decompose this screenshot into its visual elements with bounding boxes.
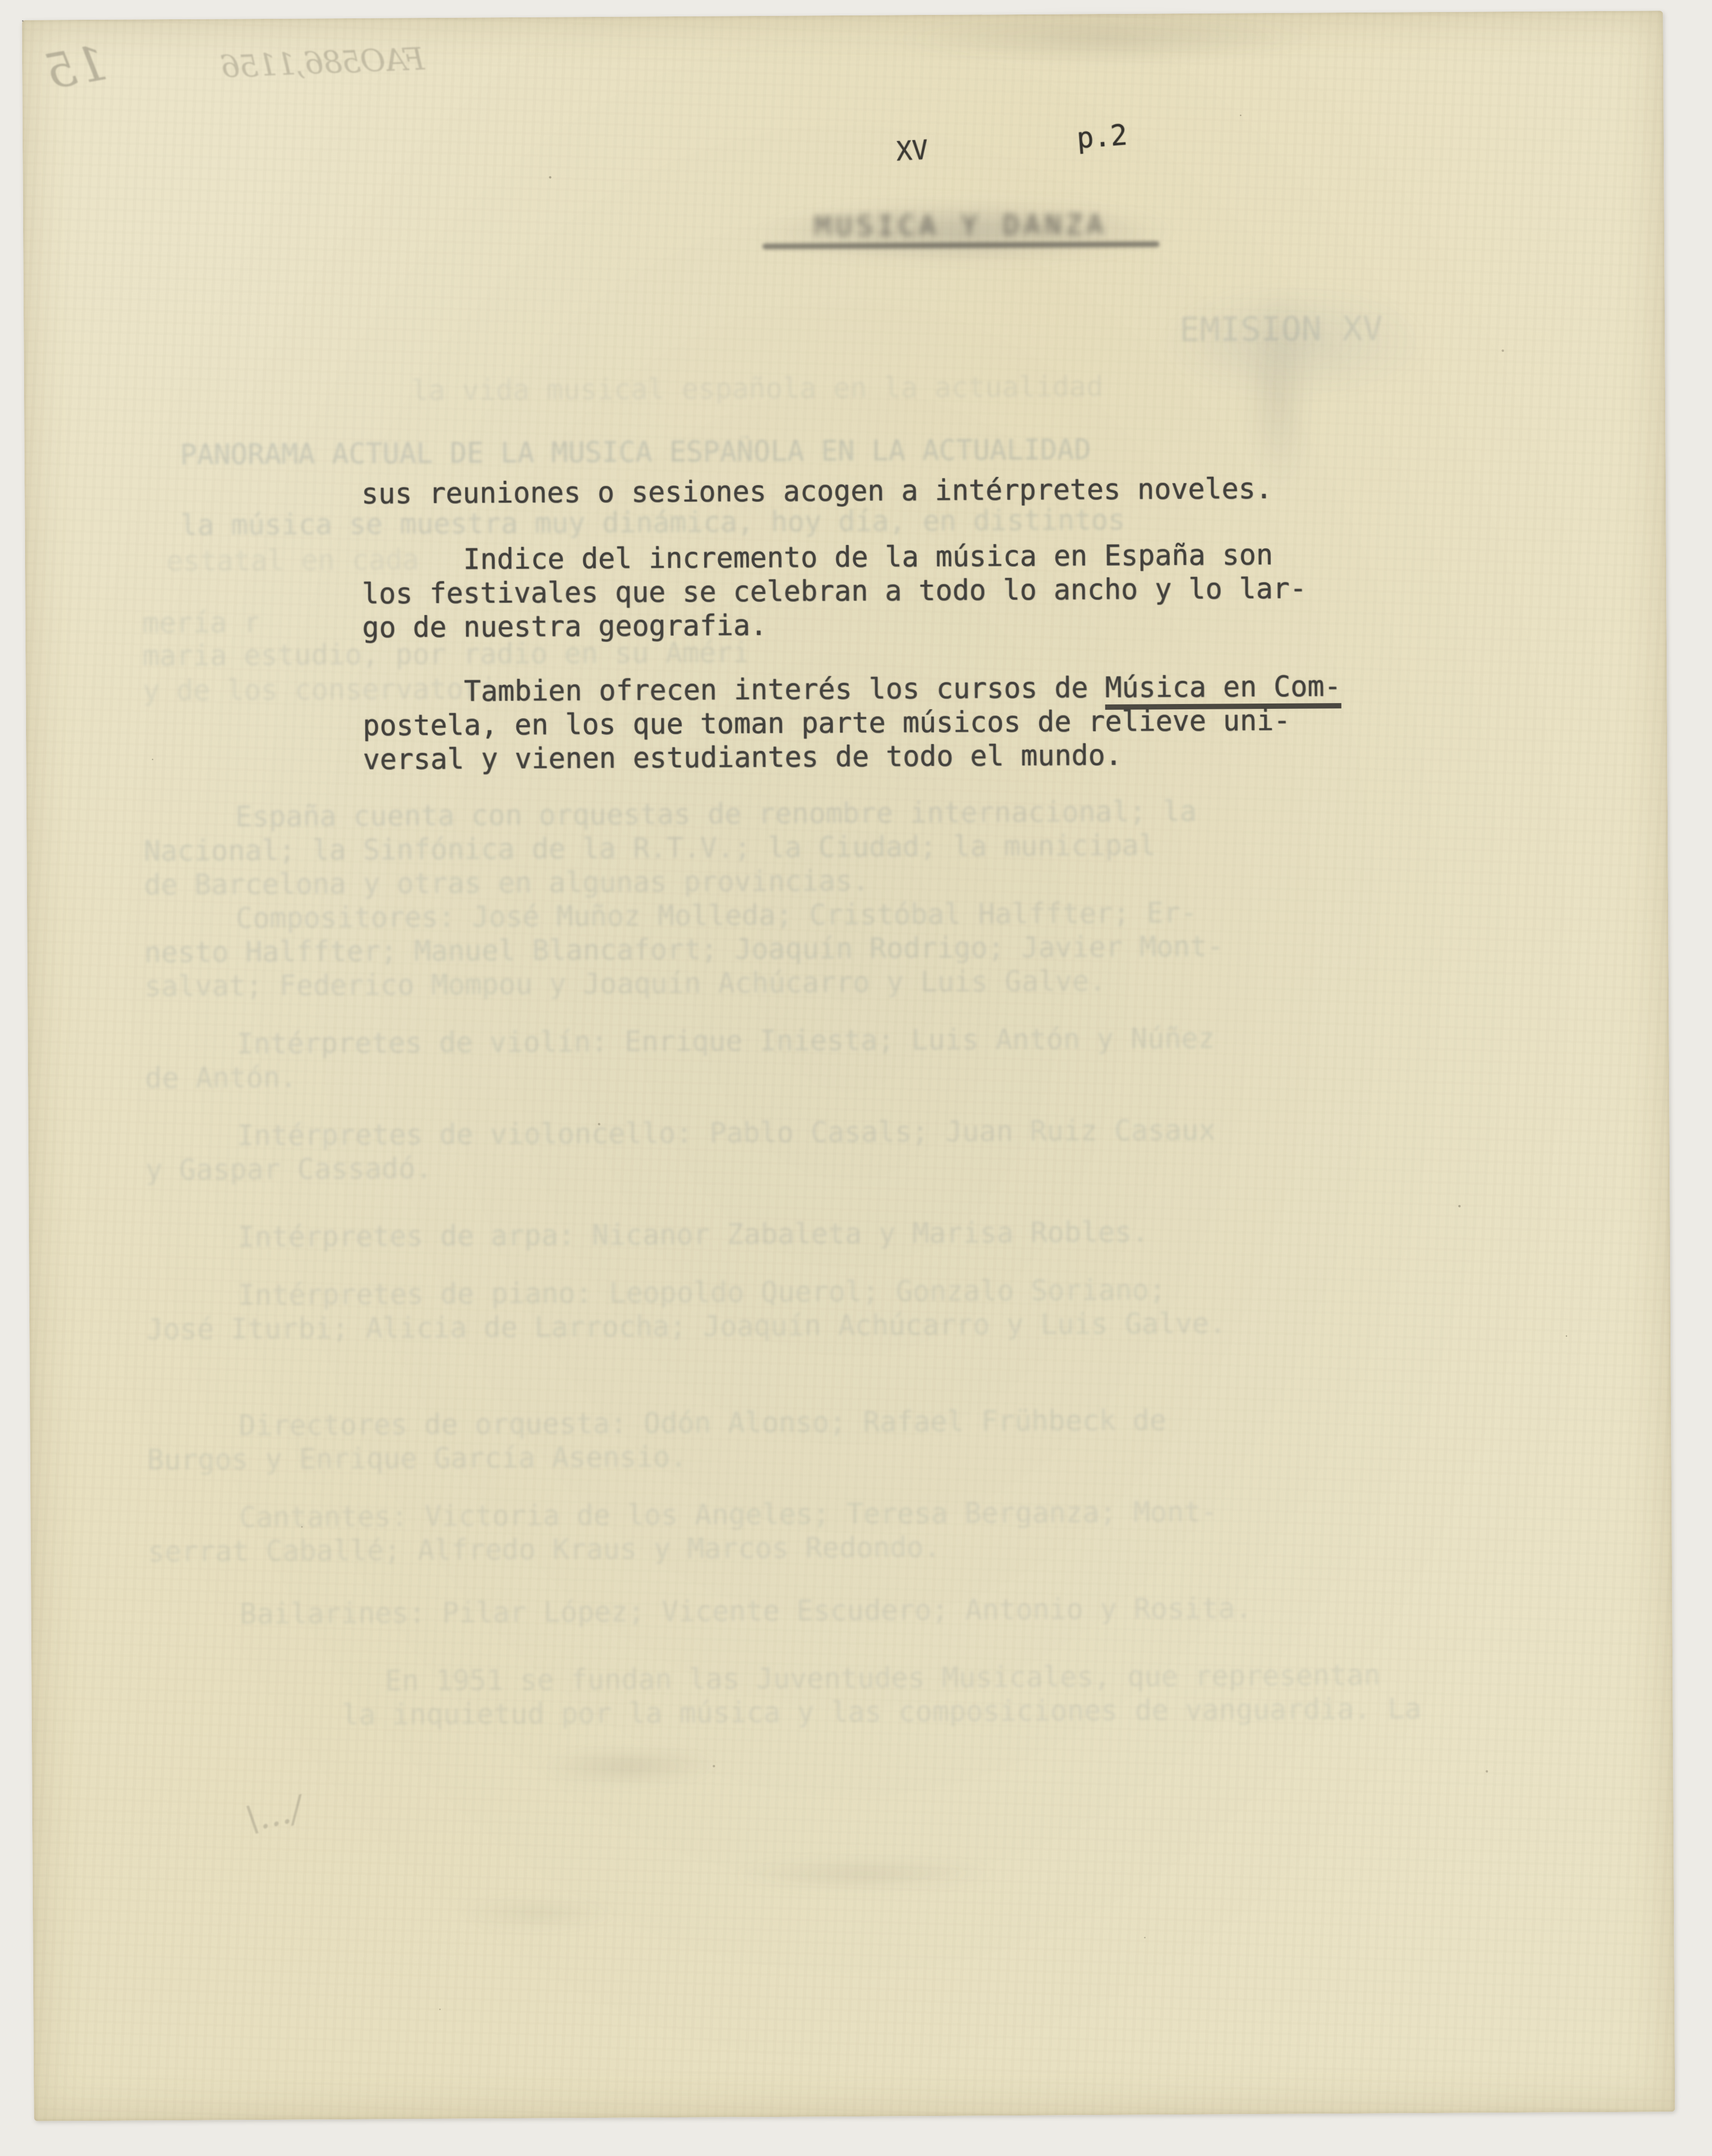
underlined-phrase: Música en Com- xyxy=(1105,670,1341,710)
typed-text-layer: sus reuniones o sesiones acogen a intérp… xyxy=(22,11,1675,2121)
typed-line: versal y vienen estudiantes de todo el m… xyxy=(363,740,1122,775)
typed-line: postela, en los que toman parte músicos … xyxy=(363,705,1291,741)
typed-line: Indice del incremento de la música en Es… xyxy=(463,540,1273,575)
typed-line: go de nuestra geografia. xyxy=(362,610,767,643)
dust-specks xyxy=(22,20,24,22)
typed-line: sus reuniones o sesiones acogen a intérp… xyxy=(361,474,1272,509)
scanned-document-page: 15 FAO586,1156 \.../ XV p.2 MUSICA Y DAN… xyxy=(0,0,1712,2156)
typed-line: los festivales que se celebran a todo lo… xyxy=(362,574,1307,609)
typed-line: Tambien ofrecen interés los cursos de Mú… xyxy=(464,671,1341,706)
paper-sheet: 15 FAO586,1156 \.../ XV p.2 MUSICA Y DAN… xyxy=(22,11,1675,2121)
